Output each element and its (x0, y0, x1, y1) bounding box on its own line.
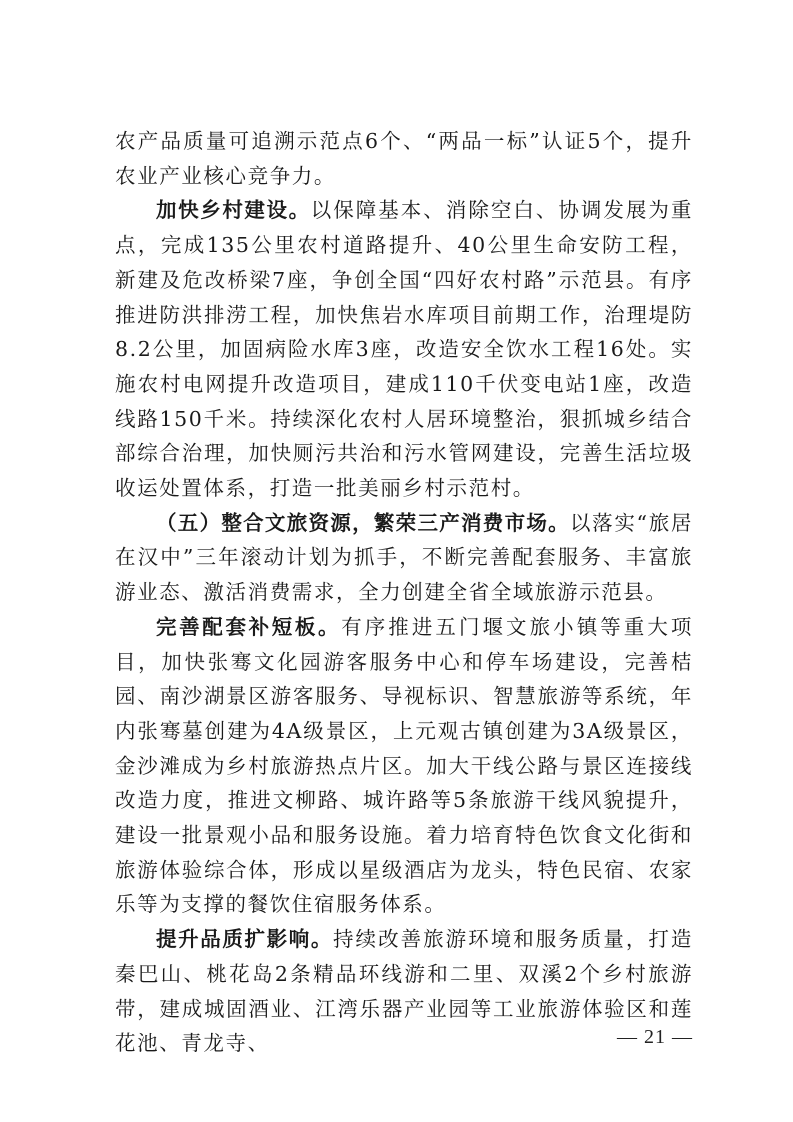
document-body: 农产品质量可追溯示范点6个、“两品一标”认证5个，提升农业产业核心竞争力。 加快… (115, 124, 693, 1061)
paragraph-lead-heading: 提升品质扩影响。 (156, 927, 333, 951)
paragraph-lead-heading: 完善配套补短板。 (156, 615, 341, 639)
paragraph-quality-influence: 提升品质扩影响。持续改善旅游环境和服务质量，打造秦巴山、桃花岛2条精品环线游和二… (115, 922, 693, 1061)
paragraph-rural-construction: 加快乡村建设。以保障基本、消除空白、协调发展为重点，完成135公里农村道路提升、… (115, 193, 693, 505)
page-number: — 21 — (617, 1026, 693, 1049)
paragraph-text: 农产品质量可追溯示范点6个、“两品一标”认证5个，提升农业产业核心竞争力。 (115, 129, 693, 188)
paragraph-text: 以保障基本、消除空白、协调发展为重点，完成135公里农村道路提升、40公里生命安… (115, 198, 693, 500)
section-heading: （五）整合文旅资源，繁荣三产消费市场。 (156, 511, 570, 535)
paragraph-text: 有序推进五门堰文旅小镇等重大项目，加快张骞文化园游客服务中心和停车场建设，完善桔… (115, 615, 693, 917)
paragraph-section-five: （五）整合文旅资源，繁荣三产消费市场。以落实“旅居在汉中”三年滚动计划为抓手，不… (115, 506, 693, 610)
paragraph-lead-heading: 加快乡村建设。 (156, 198, 311, 222)
paragraph-supporting-facilities: 完善配套补短板。有序推进五门堰文旅小镇等重大项目，加快张骞文化园游客服务中心和停… (115, 610, 693, 922)
paragraph-agri-quality: 农产品质量可追溯示范点6个、“两品一标”认证5个，提升农业产业核心竞争力。 (115, 124, 693, 193)
